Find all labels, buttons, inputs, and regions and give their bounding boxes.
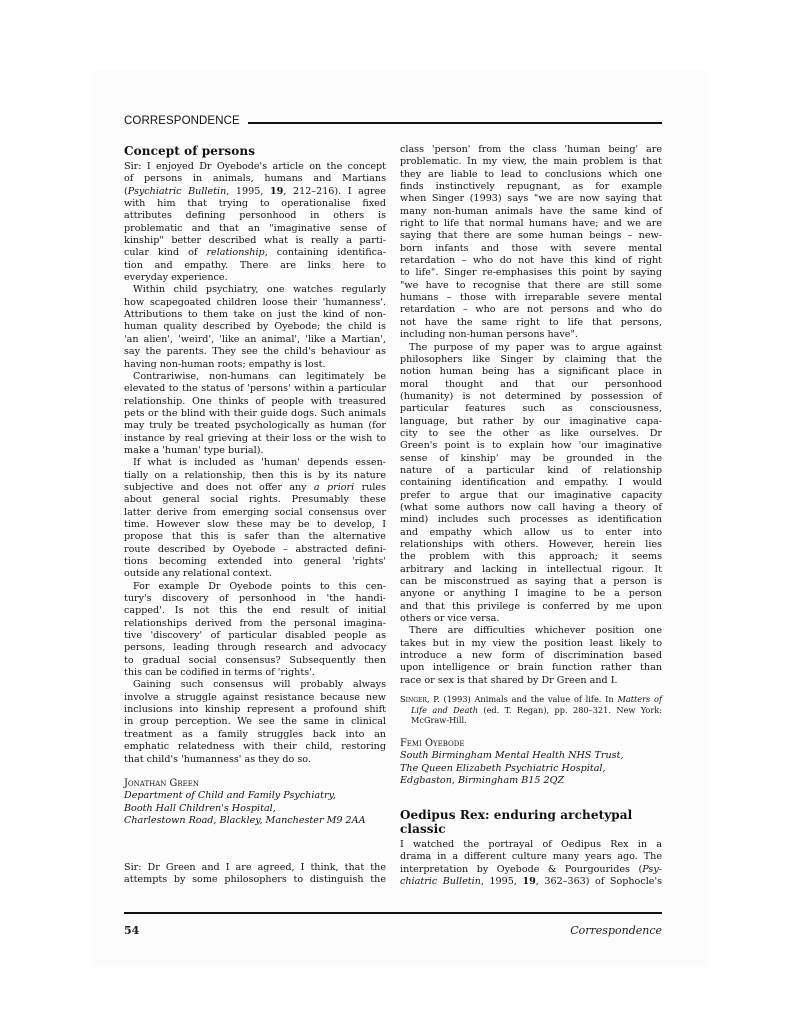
text-line: tive 'discovery' of particular disabled …	[124, 630, 386, 642]
text-line: retardation – who are not persons and wh…	[400, 304, 662, 316]
running-header: CORRESPONDENCE	[124, 115, 240, 127]
article-title-oedipus-rex-cont: classic	[400, 822, 662, 836]
text-line: particular features such as consciousnes…	[400, 403, 662, 415]
text-line: can be misconstrued as saying that a per…	[400, 576, 662, 588]
text-line: kinship" better described what is really…	[124, 235, 386, 247]
text-line: philosophers like Singer by claiming tha…	[400, 354, 662, 366]
text-line: upon intelligence or brain function rath…	[400, 662, 662, 674]
reference-line: Singer, P. (1993) Animals and the value …	[400, 694, 662, 705]
text-line-citation: (Psychiatric Bulletin, 1995, 19, 212–216…	[124, 186, 386, 198]
text-line: when Singer (1993) says "we are now sayi…	[400, 193, 662, 205]
text-line: retardation – who do not have this kind …	[400, 255, 662, 267]
text-line: race or sex is that shared by Dr Green a…	[400, 675, 662, 687]
text-line: tury's discovery of personhood in 'the h…	[124, 593, 386, 605]
text-line: language, but rather by our imaginative …	[400, 416, 662, 428]
text-line: For example Dr Oyebode points to this ce…	[124, 581, 386, 593]
text-line: tions becoming extended into general 'ri…	[124, 556, 386, 568]
text-line: they are liable to lead to conclusions w…	[400, 169, 662, 181]
text-line: attempts by some philosophers to disting…	[124, 874, 386, 886]
text-line: inclusions into kinship represent a prof…	[124, 704, 386, 716]
text-line: anyone or anything I imagine to be a per…	[400, 588, 662, 600]
article-title-concept-of-persons: Concept of persons	[124, 144, 386, 158]
text-line: tion and empathy. There are links here t…	[124, 260, 386, 272]
text-line: arbitrary and lacking in intellectual ri…	[400, 564, 662, 576]
text-line: finds instinctively repugnant, as for ex…	[400, 181, 662, 193]
left-column: Concept of persons Sir: I enjoyed Dr Oye…	[124, 144, 386, 887]
text-line: (humanity) is not determined by possessi…	[400, 391, 662, 403]
text-line: about general social rights. Presumably …	[124, 494, 386, 506]
text-line: The purpose of my paper was to argue aga…	[400, 342, 662, 354]
text-line: nature of a particular kind of relations…	[400, 465, 662, 477]
text-line: attributes defining personhood in others…	[124, 210, 386, 222]
spacer	[400, 687, 662, 694]
text-line-emphasis: cular kind of relationship, containing i…	[124, 247, 386, 259]
right-column: class 'person' from the class 'human bei…	[400, 144, 662, 888]
text-line: treatment as a family struggles back int…	[124, 729, 386, 741]
text-line: Sir: Dr Green and I are agreed, I think,…	[124, 862, 386, 874]
text-line: moral thought and that our personhood	[400, 379, 662, 391]
text-line-citation: interpretation by Oyebode & Pourgourides…	[400, 864, 662, 876]
text-line: others or vice versa.	[400, 613, 662, 625]
text-line: relationships with others. However, here…	[400, 539, 662, 551]
letter2-body-start: Sir: Dr Green and I are agreed, I think,…	[124, 862, 386, 887]
text-line: Contrariwise, non-humans can legitimatel…	[124, 371, 386, 383]
text-line-emphasis: subjective and does not offer any a prio…	[124, 482, 386, 494]
letter1-body: Sir: I enjoyed Dr Oyebode's article on t…	[124, 161, 386, 766]
text-line: emphatic relatedness with their child, r…	[124, 741, 386, 753]
text-line: I watched the portrayal of Oedipus Rex i…	[400, 839, 662, 851]
spacer	[124, 828, 386, 862]
text-line: saying that there are some human beings …	[400, 230, 662, 242]
text-line: Gaining such consensus will probably alw…	[124, 679, 386, 691]
text-line: say the parents. They see the child's be…	[124, 346, 386, 358]
author-affiliation-line: South Birmingham Mental Health NHS Trust…	[400, 750, 662, 763]
text-line: pets or the blind with their guide dogs.…	[124, 408, 386, 420]
spacer	[400, 726, 662, 738]
text-line: humans – those with irreparable severe m…	[400, 292, 662, 304]
text-line: that child's 'humanness' as they do so.	[124, 754, 386, 766]
author-name: Jonathan Green	[124, 778, 386, 791]
text-line: "we have to recognise that there are sti…	[400, 280, 662, 292]
page-number: 54	[124, 924, 139, 937]
text-line: Within child psychiatry, one watches reg…	[124, 284, 386, 296]
author-affiliation-line: The Queen Elizabeth Psychiatric Hospital…	[400, 763, 662, 776]
text-line: to life". Singer re-emphasises this poin…	[400, 267, 662, 279]
text-line: instance by real grieving at their loss …	[124, 433, 386, 445]
text-line: relationship. One thinks of people with …	[124, 396, 386, 408]
text-line: human quality described by Oyebode; the …	[124, 321, 386, 333]
spacer	[400, 788, 662, 808]
text-line: notion human being has a significant pla…	[400, 366, 662, 378]
text-line: time. However slow these may be to devel…	[124, 519, 386, 531]
header-rule	[248, 122, 662, 124]
author-name: Femi Oyebode	[400, 738, 662, 751]
text-line: to gradual social consensus? Subsequentl…	[124, 655, 386, 667]
text-line: how scapegoated children loose their 'hu…	[124, 297, 386, 309]
text-line: with him that trying to operationalise f…	[124, 198, 386, 210]
author-affiliation-line: Department of Child and Family Psychiatr…	[124, 790, 386, 803]
letter2-body-continued: class 'person' from the class 'human bei…	[400, 144, 662, 687]
reference-line: McGraw-Hill.	[400, 715, 662, 726]
text-line: make a 'human' type burial).	[124, 445, 386, 457]
text-line: not have the same right to life that per…	[400, 317, 662, 329]
text-line: outside any relational context.	[124, 568, 386, 580]
text-line: drama in a different culture many years …	[400, 851, 662, 863]
text-line: in group perception. We see the same in …	[124, 716, 386, 728]
text-line: capped'. Is not this the end result of i…	[124, 605, 386, 617]
text-line: containing identification and empathy. I…	[400, 477, 662, 489]
text-line: and that this privilege is conferred by …	[400, 601, 662, 613]
text-line: sense of kinship' may be grounded in the	[400, 453, 662, 465]
text-line: There are difficulties whichever positio…	[400, 625, 662, 637]
article-title-oedipus-rex: Oedipus Rex: enduring archetypal	[400, 808, 662, 822]
text-line: problematic. In my view, the main proble…	[400, 156, 662, 168]
text-line: prefer to argue that our imaginative cap…	[400, 490, 662, 502]
text-line: having non-human roots; empathy is lost.	[124, 359, 386, 371]
text-line: route described by Oyebode – abstracted …	[124, 544, 386, 556]
text-line: and empathy which allow us to enter into	[400, 527, 662, 539]
text-line: born infants and those with severe menta…	[400, 243, 662, 255]
text-line: relationships derived from the personal …	[124, 618, 386, 630]
text-line: persons, leading through research and ad…	[124, 642, 386, 654]
text-line: involve a struggle against resistance be…	[124, 692, 386, 704]
text-line: propose that this is safer than the alte…	[124, 531, 386, 543]
text-line: tially on a relationship, then this is b…	[124, 470, 386, 482]
text-line: introduce a new form of discrimination b…	[400, 650, 662, 662]
text-line: may truly be treated psychologically as …	[124, 420, 386, 432]
text-line: Attributions to them take on just the ki…	[124, 309, 386, 321]
text-line: If what is included as 'human' depends e…	[124, 457, 386, 469]
signature-green: Jonathan Green Department of Child and F…	[124, 778, 386, 828]
text-line: mind) includes such processes as identif…	[400, 514, 662, 526]
footer-rule	[124, 912, 662, 914]
spacer	[124, 766, 386, 778]
signature-oyebode: Femi Oyebode South Birmingham Mental Hea…	[400, 738, 662, 788]
text-line: right to life that normal humans have; a…	[400, 218, 662, 230]
text-line: 'an alien', 'weird', 'like an animal', '…	[124, 334, 386, 346]
text-line: the problem with this approach; it seems	[400, 551, 662, 563]
text-line: (what some authors now call having a the…	[400, 502, 662, 514]
letter3: Oedipus Rex: enduring archetypal classic…	[400, 808, 662, 888]
text-line: Sir: I enjoyed Dr Oyebode's article on t…	[124, 161, 386, 173]
author-affiliation-line: Charlestown Road, Blackley, Manchester M…	[124, 815, 386, 828]
reference-line: Life and Death (ed. T. Regan), pp. 280–3…	[400, 705, 662, 716]
text-line: of persons in animals, humans and Martia…	[124, 173, 386, 185]
text-line: problematic and that an "imaginative sen…	[124, 223, 386, 235]
author-affiliation-line: Booth Hall Children's Hospital,	[124, 803, 386, 816]
reference-singer: Singer, P. (1993) Animals and the value …	[400, 694, 662, 726]
text-line: elevated to the status of 'persons' with…	[124, 383, 386, 395]
text-line: this can be codified in terms of 'rights…	[124, 667, 386, 679]
author-affiliation-line: Edgbaston, Birmingham B15 2QZ	[400, 775, 662, 788]
text-line: latter derive from emerging social conse…	[124, 507, 386, 519]
text-line: including non-human persons have".	[400, 329, 662, 341]
text-line: everyday experience.	[124, 272, 386, 284]
text-line: takes but in my view the position least …	[400, 638, 662, 650]
text-line-citation: chiatric Bulletin, 1995, 19, 362–363) of…	[400, 876, 662, 888]
text-line: Green's point is to explain how 'our ima…	[400, 440, 662, 452]
text-line: city to see the other as like ourselves.…	[400, 428, 662, 440]
text-line: many non-human animals have the same kin…	[400, 206, 662, 218]
text-line: class 'person' from the class 'human bei…	[400, 144, 662, 156]
footer-section-title: Correspondence	[570, 924, 662, 937]
